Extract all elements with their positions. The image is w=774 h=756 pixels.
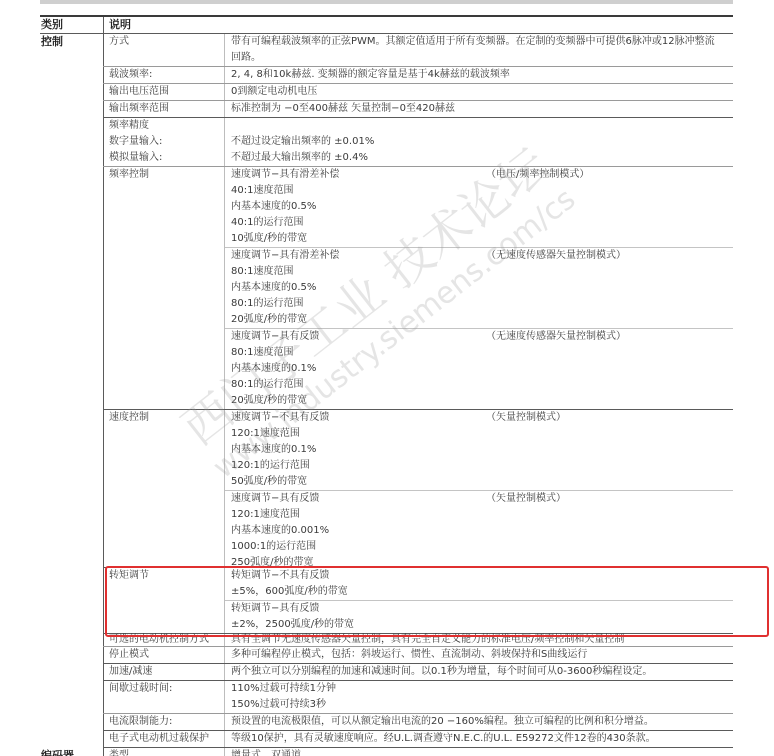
table-row: 停止模式 多种可编程停止模式，包括：斜坡运行、惯性、直流制动、斜坡保持和S曲线运… [103,647,733,664]
table-row: 可选的电动机控制方式 具有全调节无速度传感器矢量控制，具有完全自定义能力的标准电… [103,634,733,647]
table-header: 类别 说明 [40,15,733,34]
table-row: 载波频率: 2, 4, 8和10k赫兹. 变频器的额定容量是基于4k赫兹的载波频… [103,67,733,84]
table-row: 加速/减速 两个独立可以分别编程的加速和减速时间。以0.1秒为增量，每个时间可从… [103,664,733,681]
sub-block: 速度调节−具有滑差补偿（无速度传感器矢量控制模式） 80:1速度范围 内基本速度… [225,248,733,329]
table-row: 电子式电动机过载保护 等级10保护，具有灵敏速度响应。经U.L.调查遵守N.E.… [103,731,733,748]
header-category: 类别 [40,17,103,33]
sub-block: 速度调节−具有滑差补偿（电压/频率控制模式） 40:1速度范围 内基本速度的0.… [225,167,733,248]
sub-block: 速度调节−具有反馈（无速度传感器矢量控制模式） 80:1速度范围 内基本速度的0… [225,329,733,409]
table-row-torque-regulation: 转矩调节 转矩调节−不具有反馈 ±5%，600弧度/秒的带宽 转矩调节−具有反馈… [103,568,733,634]
table-row-frequency-control: 频率控制 速度调节−具有滑差补偿（电压/频率控制模式） 40:1速度范围 内基本… [103,167,733,410]
table-row: 方式 带有可编程载波频率的正弦PWM。其额定值适用于所有变频器。在定制的变频器中… [103,34,733,67]
sub-block: 转矩调节−不具有反馈 ±5%，600弧度/秒的带宽 [225,568,733,601]
table-row: 输出电压范围 0到额定电动机电压 [103,84,733,101]
encoder-section: 编码器 类型 增量式，双通道 [40,748,733,756]
sub-block: 速度调节−具有反馈（矢量控制模式） 120:1速度范围 内基本速度的0.001%… [225,491,733,567]
spec-table: 类别 说明 控制 方式 带有可编程载波频率的正弦PWM。其额定值适用于所有变频器… [40,15,733,756]
table-row: 电流限制能力: 预设置的电流极限值，可以从额定输出电流的20 −160%编程。独… [103,714,733,731]
table-row: 频率精度 数字量输入: 模拟量输入: 不超过设定输出频率的 ±0.01% 不超过… [103,118,733,167]
table-row: 间歇过载时间: 110%过载可持续1分钟 150%过载可持续3秒 [103,681,733,714]
control-section: 控制 方式 带有可编程载波频率的正弦PWM。其额定值适用于所有变频器。在定制的变… [40,34,733,748]
sub-block: 转矩调节−具有反馈 ±2%，2500弧度/秒的带宽 [225,601,733,633]
top-divider-bar [40,0,733,4]
sub-block: 速度调节−不具有反馈（矢量控制模式） 120:1速度范围 内基本速度的0.1% … [225,410,733,491]
header-description: 说明 [103,17,224,33]
table-row: 输出频率范围 标准控制为 −0至400赫兹 矢量控制−0至420赫兹 [103,101,733,118]
category-encoder: 编码器 [40,748,103,756]
table-row-speed-control: 速度控制 速度调节−不具有反馈（矢量控制模式） 120:1速度范围 内基本速度的… [103,410,733,568]
category-control: 控制 [40,34,103,748]
